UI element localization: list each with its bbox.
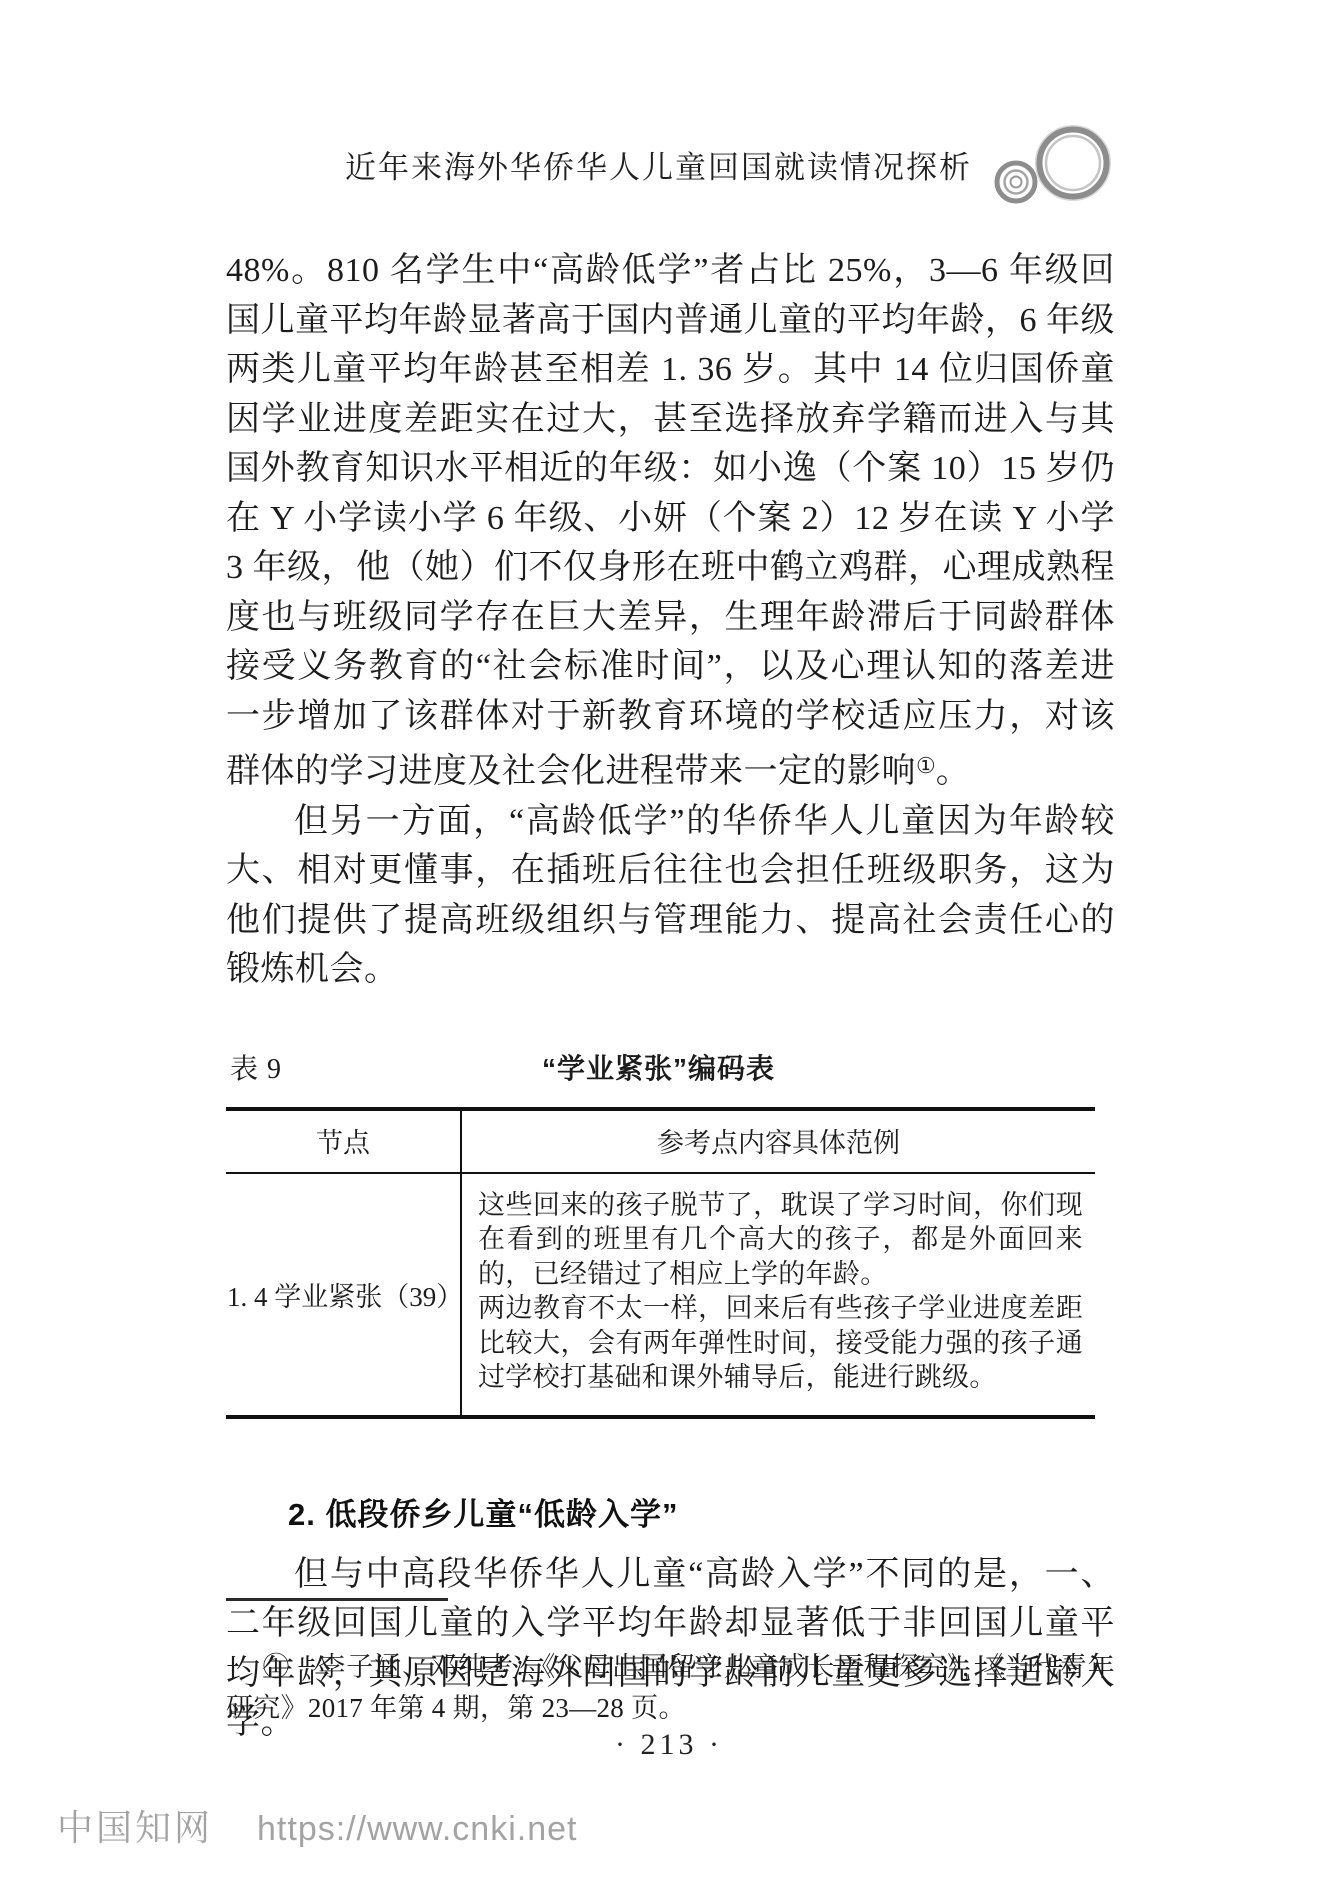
paragraph-high-age-low-grade: 48%。810 名学生中“高龄低学”者占比 25%，3—6 年级回国儿童平均年龄… bbox=[226, 246, 1115, 797]
document-page: 近年来海外华侨华人儿童回国就读情况探析 48%。810 名学生中“高龄低学”者占… bbox=[0, 0, 1338, 1890]
paragraph-end-punctuation: 。 bbox=[936, 753, 971, 790]
section-heading-low-age-enrollment: 2. 低段侨乡儿童“低龄入学” bbox=[226, 1489, 1115, 1534]
cell-examples: 这些回来的孩子脱节了，耽误了学习时间，你们现在看到的班里有几个高大的孩子，都是外… bbox=[461, 1173, 1095, 1417]
main-content: 48%。810 名学生中“高龄低学”者占比 25%，3—6 年级回国儿童平均年龄… bbox=[226, 246, 1115, 1748]
cnki-watermark: 中国知网 https://www.cnki.net bbox=[57, 1800, 577, 1851]
page-header: 近年来海外华侨华人儿童回国就读情况探析 bbox=[226, 112, 1114, 222]
table-number-label: 表 9 bbox=[226, 1047, 282, 1087]
table9-caption: 表 9 “学业紧张”编码表 bbox=[226, 1047, 1095, 1087]
table9-block: 表 9 “学业紧张”编码表 节点 参考点内容具体范例 1. 4 学业紧张（39）… bbox=[226, 1047, 1095, 1419]
coding-table: 节点 参考点内容具体范例 1. 4 学业紧张（39） 这些回来的孩子脱节了，耽误… bbox=[226, 1107, 1095, 1419]
footnote-separator-rule bbox=[226, 1598, 448, 1601]
column-header-node: 节点 bbox=[226, 1109, 461, 1173]
table-row: 1. 4 学业紧张（39） 这些回来的孩子脱节了，耽误了学习时间，你们现在看到的… bbox=[226, 1173, 1095, 1417]
concentric-circles-logo-icon bbox=[986, 113, 1114, 221]
running-head-title: 近年来海外华侨华人儿童回国就读情况探析 bbox=[345, 142, 972, 193]
table-title: “学业紧张”编码表 bbox=[282, 1047, 1035, 1087]
footnote-reference-mark: ① bbox=[916, 753, 936, 778]
column-header-examples: 参考点内容具体范例 bbox=[461, 1109, 1095, 1173]
cnki-url-text: https://www.cnki.net bbox=[257, 1810, 577, 1849]
footnote-citation: ① 李子涵、邓纯考：《父母出国留守儿童成长历程探究》，《当代青年研究》2017 … bbox=[226, 1647, 1115, 1729]
page-number: · 213 · bbox=[0, 1728, 1338, 1762]
example-quote-1: 这些回来的孩子脱节了，耽误了学习时间，你们现在看到的班里有几个高大的孩子，都是外… bbox=[478, 1188, 1083, 1292]
table-header-row: 节点 参考点内容具体范例 bbox=[226, 1109, 1095, 1173]
cnki-brand-text: 中国知网 bbox=[57, 1800, 213, 1851]
paragraph-other-side: 但另一方面，“高龄低学”的华侨华人儿童因为年龄较大、相对更懂事，在插班后往往也会… bbox=[226, 797, 1115, 995]
cell-node: 1. 4 学业紧张（39） bbox=[226, 1173, 461, 1417]
paragraph-text: 48%。810 名学生中“高龄低学”者占比 25%，3—6 年级回国儿童平均年龄… bbox=[226, 252, 1115, 790]
example-quote-2: 两边教育不太一样，回来后有些孩子学业进度差距比较大，会有两年弹性时间，接受能力强… bbox=[478, 1291, 1083, 1395]
